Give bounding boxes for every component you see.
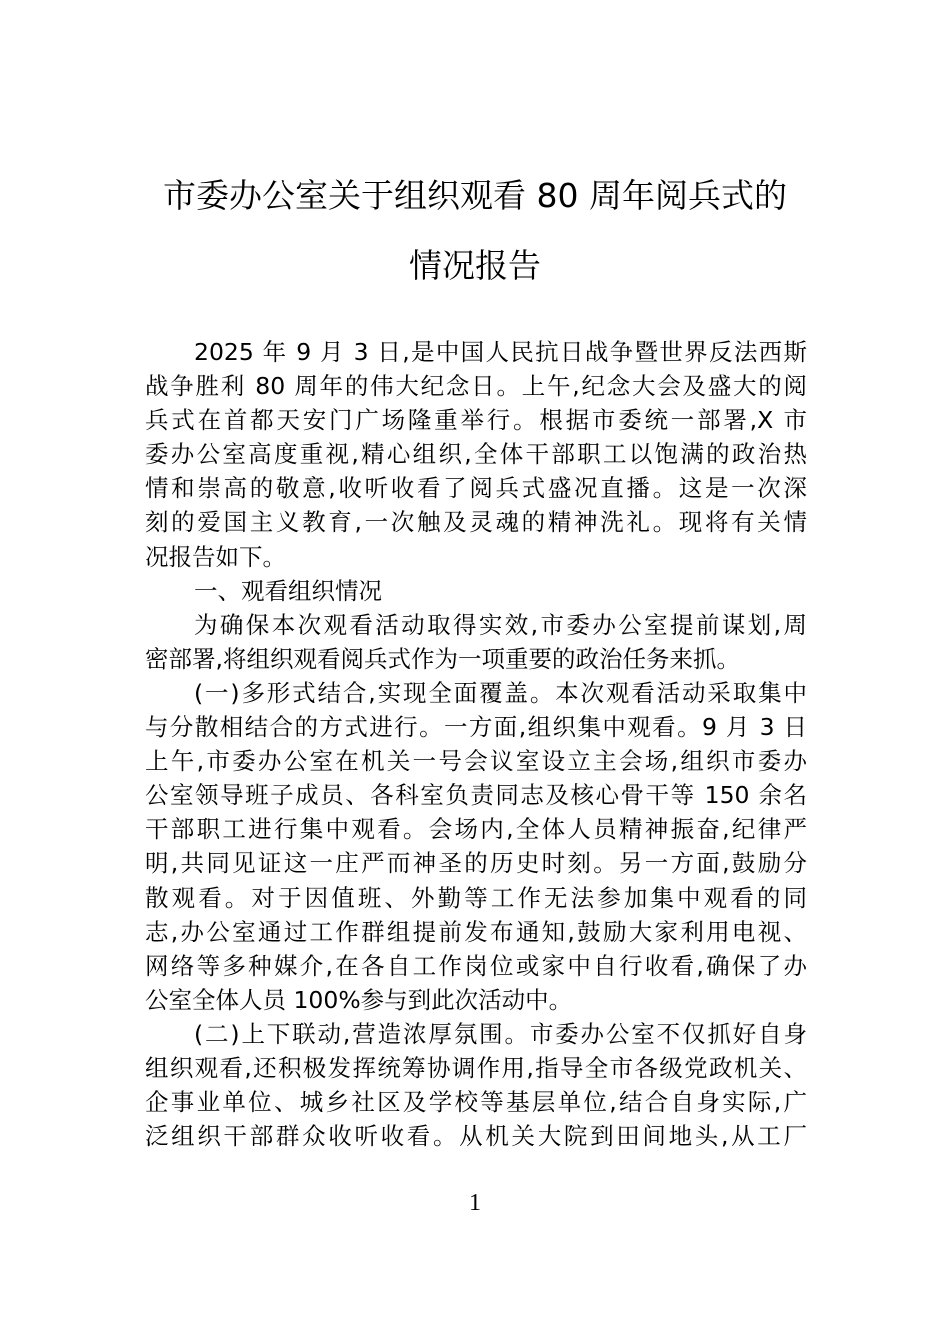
text-line: 密部署,将组织观看阅兵式作为一项重要的政治任务来抓。 xyxy=(145,642,807,676)
text-line: 网络等多种媒介,在各自工作岗位或家中自行收看,确保了办 xyxy=(145,949,807,983)
paragraph-subsection-1: (一)多形式结合,实现全面覆盖。本次观看活动采取集中 与分散相结合的方式进行。一… xyxy=(145,676,807,1017)
paragraph-intro: 2025 年 9 月 3 日,是中国人民抗日战争暨世界反法西斯 战争胜利 80 … xyxy=(145,335,807,574)
text-line: 公室领导班子成员、各科室负责同志及核心骨干等 150 余名 xyxy=(145,778,807,812)
text-line: 上午,市委办公室在机关一号会议室设立主会场,组织市委办 xyxy=(145,744,807,778)
document-page: 市委办公室关于组织观看 80 周年阅兵式的 情况报告 2025 年 9 月 3 … xyxy=(0,0,950,1344)
paragraph-subsection-2: (二)上下联动,营造浓厚氛围。市委办公室不仅抓好自身 组织观看,还积极发挥统筹协… xyxy=(145,1017,807,1153)
text-line: 散观看。对于因值班、外勤等工作无法参加集中观看的同 xyxy=(145,881,807,915)
text-line: 兵式在首都天安门广场隆重举行。根据市委统一部署,X 市 xyxy=(145,403,807,437)
text-line: 公室全体人员 100%参与到此次活动中。 xyxy=(145,983,807,1017)
text-line: 刻的爱国主义教育,一次触及灵魂的精神洗礼。现将有关情 xyxy=(145,505,807,539)
page-number: 1 xyxy=(0,1188,950,1218)
text-line: 为确保本次观看活动取得实效,市委办公室提前谋划,周 xyxy=(145,608,807,642)
text-line: 组织观看,还积极发挥统筹协调作用,指导全市各级党政机关、 xyxy=(145,1051,807,1085)
document-body: 2025 年 9 月 3 日,是中国人民抗日战争暨世界反法西斯 战争胜利 80 … xyxy=(145,335,807,1153)
text-line: 泛组织干部群众收听收看。从机关大院到田间地头,从工厂 xyxy=(145,1119,807,1153)
text-line: (二)上下联动,营造浓厚氛围。市委办公室不仅抓好自身 xyxy=(145,1017,807,1051)
section-heading-1: 一、观看组织情况 xyxy=(145,574,807,608)
document-title-line-1: 市委办公室关于组织观看 80 周年阅兵式的 xyxy=(0,176,950,216)
text-line: 与分散相结合的方式进行。一方面,组织集中观看。9 月 3 日 xyxy=(145,710,807,744)
text-line: 明,共同见证这一庄严而神圣的历史时刻。另一方面,鼓励分 xyxy=(145,846,807,880)
text-line: 干部职工进行集中观看。会场内,全体人员精神振奋,纪律严 xyxy=(145,812,807,846)
section-heading-text: 一、观看组织情况 xyxy=(145,574,807,608)
text-line: 企事业单位、城乡社区及学校等基层单位,结合自身实际,广 xyxy=(145,1085,807,1119)
text-line: 2025 年 9 月 3 日,是中国人民抗日战争暨世界反法西斯 xyxy=(145,335,807,369)
document-title-line-2: 情况报告 xyxy=(0,246,950,286)
text-line: 委办公室高度重视,精心组织,全体干部职工以饱满的政治热 xyxy=(145,437,807,471)
text-line: 战争胜利 80 周年的伟大纪念日。上午,纪念大会及盛大的阅 xyxy=(145,369,807,403)
text-line: 况报告如下。 xyxy=(145,540,807,574)
text-line: 情和崇高的敬意,收听收看了阅兵式盛况直播。这是一次深 xyxy=(145,471,807,505)
paragraph-preparation: 为确保本次观看活动取得实效,市委办公室提前谋划,周 密部署,将组织观看阅兵式作为… xyxy=(145,608,807,676)
text-line: (一)多形式结合,实现全面覆盖。本次观看活动采取集中 xyxy=(145,676,807,710)
text-line: 志,办公室通过工作群组提前发布通知,鼓励大家利用电视、 xyxy=(145,915,807,949)
